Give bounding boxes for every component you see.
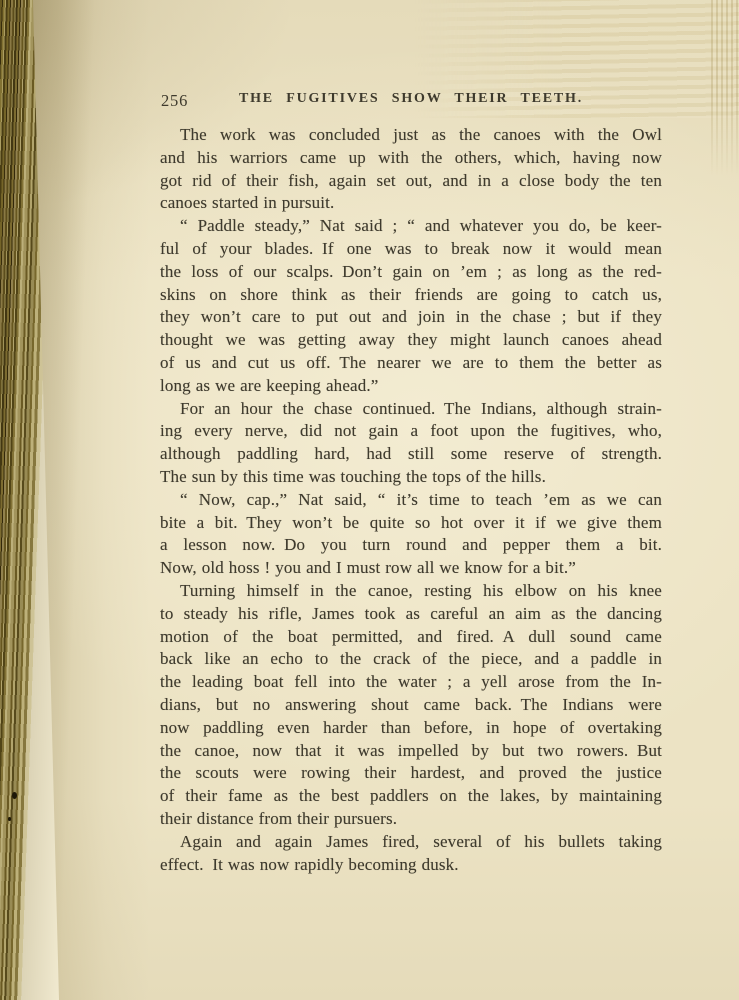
text-line: bite a bit. They won’t be quite so hot o…: [160, 512, 662, 535]
paragraph: Again and again James fired, several of …: [160, 831, 662, 877]
paragraph: “ Paddle steady,” Nat said ; “ and whate…: [160, 215, 662, 397]
text-line: a lesson now. Do you turn round and pepp…: [160, 534, 662, 557]
paragraph: For an hour the chase continued. The Ind…: [160, 398, 662, 489]
ink-speck: [12, 792, 17, 799]
book-spine-page-edges: [0, 0, 62, 1000]
text-line: motion of the boat permitted, and fired.…: [160, 626, 662, 649]
text-line: effect. It was now rapidly becoming dusk…: [160, 854, 662, 877]
text-line: they won’t care to put out and join in t…: [160, 306, 662, 329]
ink-speck: [8, 817, 11, 821]
text-line: dians, but no answering shout came back.…: [160, 694, 662, 717]
book-page-scan: 256 THE FUGITIVES SHOW THEIR TEETH. The …: [0, 0, 739, 1000]
text-line: although paddling hard, had still some r…: [160, 443, 662, 466]
text-line: ing every nerve, did not gain a foot upo…: [160, 420, 662, 443]
text-line: The work was concluded just as the canoe…: [160, 124, 662, 147]
text-line: Now, old hoss ! you and I must row all w…: [160, 557, 662, 580]
text-line: the scouts were rowing their hardest, an…: [160, 762, 662, 785]
text-line: Again and again James fired, several of …: [160, 831, 662, 854]
page-number: 256: [161, 91, 188, 111]
paragraph: The work was concluded just as the canoe…: [160, 124, 662, 215]
text-line: long as we are keeping ahead.”: [160, 375, 662, 398]
text-line: canoes started in pursuit.: [160, 192, 662, 215]
text-line: For an hour the chase continued. The Ind…: [160, 398, 662, 421]
text-line: Turning himself in the canoe, resting hi…: [160, 580, 662, 603]
page-header: 256 THE FUGITIVES SHOW THEIR TEETH.: [160, 91, 662, 111]
text-line: the leading boat fell into the water ; a…: [160, 671, 662, 694]
paragraph: “ Now, cap.,” Nat said, “ it’s time to t…: [160, 489, 662, 580]
paragraph: Turning himself in the canoe, resting hi…: [160, 580, 662, 831]
text-line: and his warriors came up with the others…: [160, 147, 662, 170]
text-line: thought we was getting away they might l…: [160, 329, 662, 352]
text-line: The sun by this time was touching the to…: [160, 466, 662, 489]
text-line: got rid of their fish, again set out, an…: [160, 170, 662, 193]
text-line: back like an echo to the crack of the pi…: [160, 648, 662, 671]
page-edge-streaks: [711, 0, 739, 175]
text-line: skins on shore think as their friends ar…: [160, 284, 662, 307]
text-line: the loss of our scalps. Don’t gain on ’e…: [160, 261, 662, 284]
text-line: ful of your blades. If one was to break …: [160, 238, 662, 261]
text-line: of us and cut us off. The nearer we are …: [160, 352, 662, 375]
text-line: to steady his rifle, James took as caref…: [160, 603, 662, 626]
text-line: “ Now, cap.,” Nat said, “ it’s time to t…: [160, 489, 662, 512]
text-line: now paddling even harder than before, in…: [160, 717, 662, 740]
text-line: “ Paddle steady,” Nat said ; “ and whate…: [160, 215, 662, 238]
text-line: the canoe, now that it was impelled by b…: [160, 740, 662, 763]
body-text: The work was concluded just as the canoe…: [160, 124, 662, 876]
running-title: THE FUGITIVES SHOW THEIR TEETH.: [160, 91, 662, 107]
text-line: of their fame as the best paddlers on th…: [160, 785, 662, 808]
text-line: their distance from their pursuers.: [160, 808, 662, 831]
